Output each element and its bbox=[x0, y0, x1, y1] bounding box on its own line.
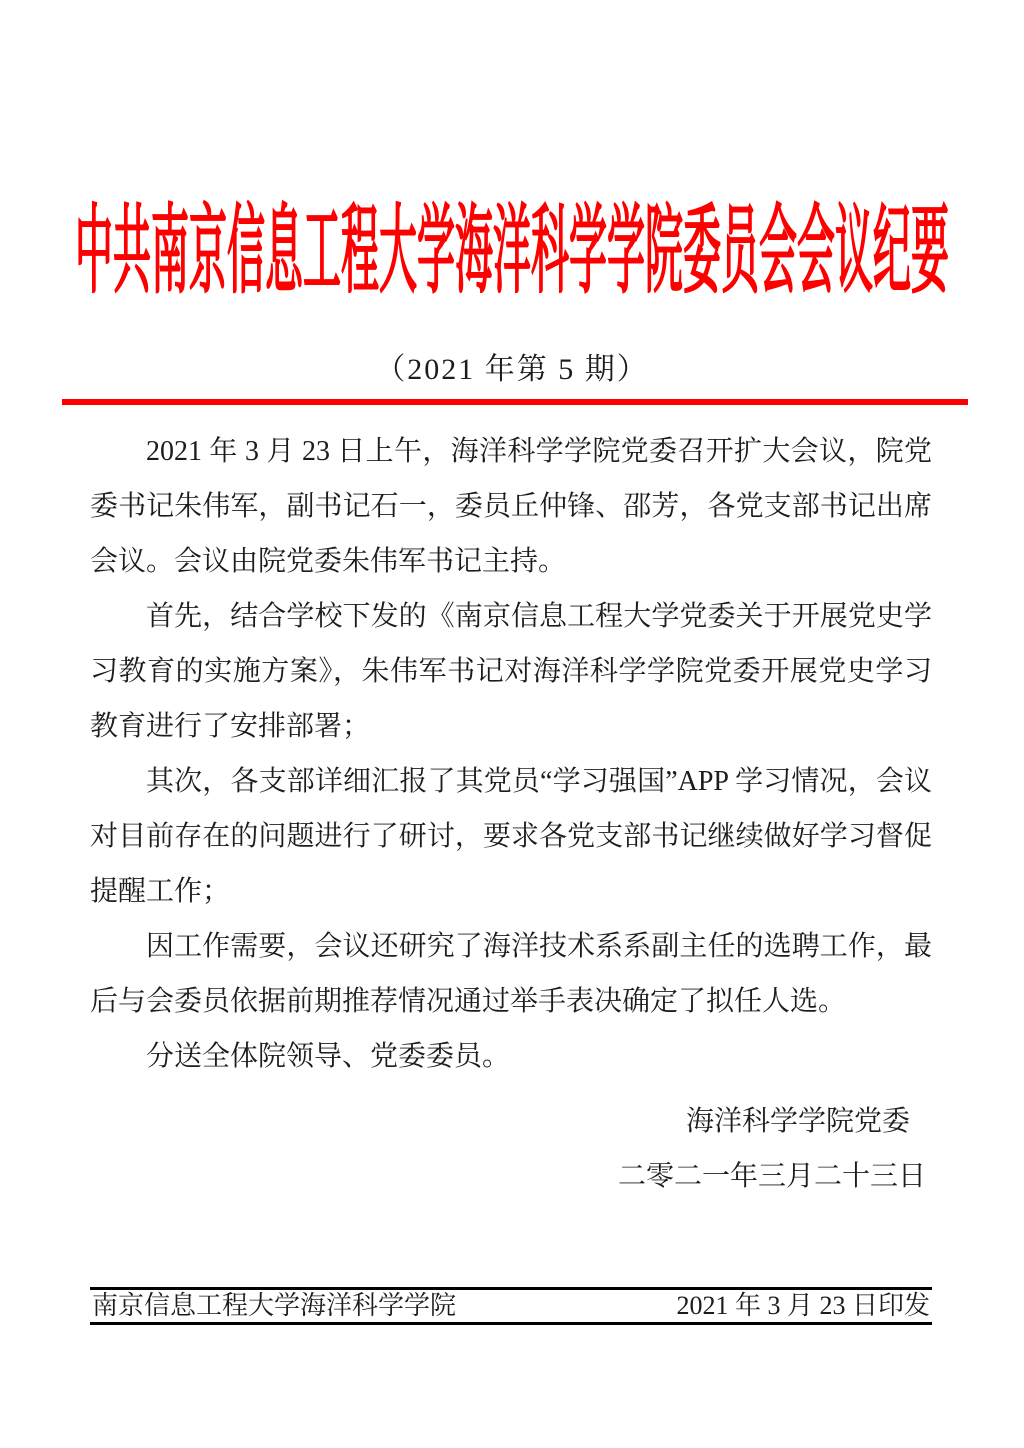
document-title: 中共南京信息工程大学海洋科学学院委员会会议纪要 bbox=[0, 172, 1024, 274]
paragraph-meeting-intro: 2021 年 3 月 23 日上午，海洋科学学院党委召开扩大会议，院党委书记朱伟… bbox=[90, 424, 932, 589]
paragraph-distribution: 分送全体院领导、党委委员。 bbox=[90, 1029, 932, 1084]
paragraph-second-topic: 其次，各支部详细汇报了其党员“学习强国”APP 学习情况，会议对目前存在的问题进… bbox=[90, 754, 932, 919]
paragraph-third-topic: 因工作需要，会议还研究了海洋技术系系副主任的选聘工作，最后与会委员依据前期推荐情… bbox=[90, 919, 932, 1029]
footer-bar: 南京信息工程大学海洋科学学院 2021 年 3 月 23 日印发 bbox=[90, 1287, 932, 1325]
document-title-text: 中共南京信息工程大学海洋科学学院委员会会议纪要 bbox=[75, 172, 949, 312]
document-body: 2021 年 3 月 23 日上午，海洋科学学院党委召开扩大会议，院党委书记朱伟… bbox=[90, 424, 932, 1084]
document-page: 中共南京信息工程大学海洋科学学院委员会会议纪要 （2021 年第 5 期） 20… bbox=[0, 0, 1024, 1448]
signature-block: 海洋科学学院党委 二零二一年三月二十三日 bbox=[90, 1094, 932, 1204]
footer-print-date: 2021 年 3 月 23 日印发 bbox=[676, 1291, 930, 1321]
issue-number: （2021 年第 5 期） bbox=[0, 349, 1024, 391]
red-divider-line bbox=[62, 399, 968, 405]
signature-org: 海洋科学学院党委 bbox=[90, 1094, 932, 1149]
footer-issuer: 南京信息工程大学海洋科学学院 bbox=[92, 1291, 456, 1321]
paragraph-first-topic: 首先，结合学校下发的《南京信息工程大学党委关于开展党史学习教育的实施方案》，朱伟… bbox=[90, 589, 932, 754]
signature-date: 二零二一年三月二十三日 bbox=[90, 1149, 932, 1204]
